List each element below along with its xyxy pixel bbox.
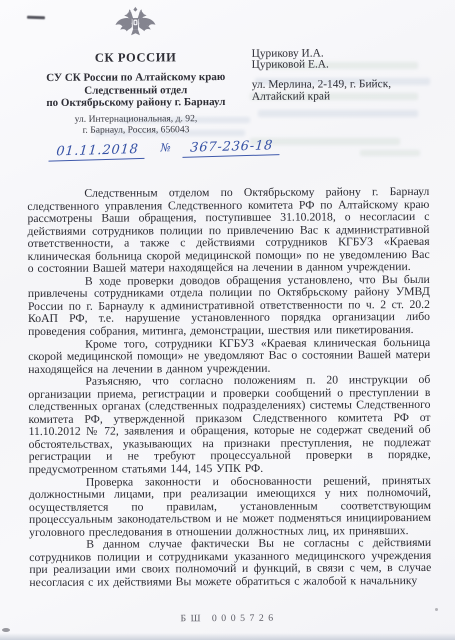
- scan-speck: [2, 628, 10, 632]
- recipient-block: Цурикову И.А. Цуриковой Е.А. ул. Мерлина…: [252, 48, 447, 103]
- letter-body: Следственным отделом по Октябрьскому рай…: [27, 186, 431, 590]
- scanned-letter-page: СК РОССИИ СУ СК России по Алтайскому кра…: [0, 0, 455, 640]
- recipient-address-region: Алтайский край: [252, 90, 447, 102]
- handwritten-date: 01.11.2018: [48, 142, 146, 162]
- org-address-city: г. Барнаул, Россия, 656043: [13, 124, 259, 136]
- body-paragraph: Кроме того, сотрудники КГБУЗ «Краевая кл…: [28, 337, 430, 377]
- body-paragraph: Проверка законности и обоснованности реш…: [29, 475, 431, 540]
- number-sign: №: [160, 141, 172, 154]
- letterhead: СК РОССИИ СУ СК России по Алтайскому кра…: [12, 6, 259, 137]
- body-paragraph: Разъясняю, что согласно положениям п. 20…: [28, 374, 431, 476]
- org-address: ул. Интернациональная, д. 92, г. Барнаул…: [13, 114, 259, 137]
- handwritten-outgoing-number: 367-236-18: [182, 138, 280, 158]
- page-content: СК РОССИИ СУ СК России по Алтайскому кра…: [0, 0, 455, 640]
- body-paragraph: Следственным отделом по Октябрьскому рай…: [27, 186, 429, 276]
- reference-line: 01.11.2018 № 367-236-18: [49, 138, 280, 161]
- scan-speck: [435, 608, 438, 611]
- body-paragraph: В ходе проверки доводов обращения устано…: [28, 274, 430, 339]
- org-unit: СУ СК России по Алтайскому краю Следстве…: [13, 71, 259, 110]
- body-paragraph: В данном случае фактически Вы не согласн…: [29, 537, 431, 589]
- coat-of-arms-eagle-icon: [113, 6, 157, 42]
- org-line-district: по Октябрьскому району г. Барнаул: [13, 96, 259, 110]
- org-name: СК РОССИИ: [13, 50, 259, 66]
- form-serial-number: БШ 0005726: [2, 612, 455, 625]
- scan-edge-shadow: [0, 633, 455, 640]
- org-line-region: СУ СК России по Алтайскому краю: [13, 71, 259, 85]
